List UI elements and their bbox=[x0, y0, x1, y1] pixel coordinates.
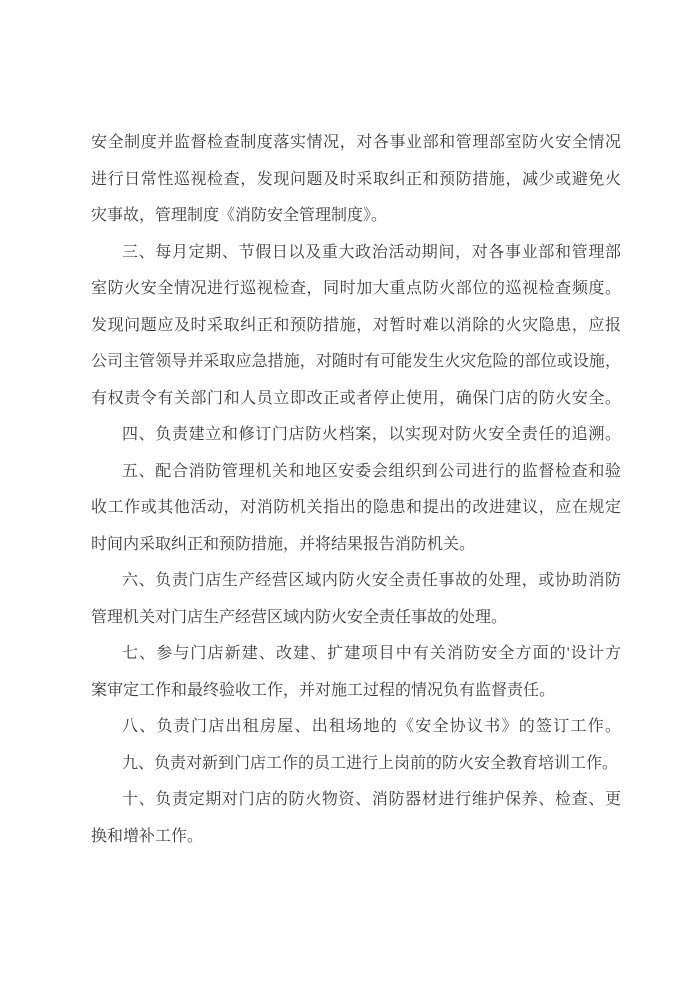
document-line: 九、负责对新到门店工作的员工进行上岗前的防火安全教育培训工作。 bbox=[91, 746, 621, 783]
document-line: 发现问题应及时采取纠正和预防措施，对暂时难以消除的火灾隐患，应报 bbox=[91, 308, 621, 345]
document-body: 安全制度并监督检查制度落实情况，对各事业部和管理部室防火安全情况 进行日常性巡视… bbox=[91, 125, 621, 855]
document-line: 三、每月定期、节假日以及重大政治活动期间，对各事业部和管理部 bbox=[91, 235, 621, 272]
document-line: 室防火安全情况进行巡视检查，同时加大重点防火部位的巡视检查频度。 bbox=[91, 271, 621, 308]
document-line: 进行日常性巡视检查，发现问题及时采取纠正和预防措施，减少或避免火 bbox=[91, 162, 621, 199]
document-line: 公司主管领导并采取应急措施，对随时有可能发生火灾危险的部位或设施， bbox=[91, 344, 621, 381]
document-line: 有权责令有关部门和人员立即改正或者停止使用，确保门店的防火安全。 bbox=[91, 381, 621, 418]
document-page: 安全制度并监督检查制度落实情况，对各事业部和管理部室防火安全情况 进行日常性巡视… bbox=[0, 0, 700, 990]
document-line: 换和增补工作。 bbox=[91, 819, 621, 856]
document-line: 收工作或其他活动，对消防机关指出的隐患和提出的改进建议，应在规定 bbox=[91, 490, 621, 527]
document-line: 灾事故，管理制度《消防安全管理制度》。 bbox=[91, 198, 621, 235]
document-line: 时间内采取纠正和预防措施，并将结果报告消防机关。 bbox=[91, 527, 621, 564]
document-line: 管理机关对门店生产经营区域内防火安全责任事故的处理。 bbox=[91, 600, 621, 637]
document-line: 安全制度并监督检查制度落实情况，对各事业部和管理部室防火安全情况 bbox=[91, 125, 621, 162]
document-line: 五、配合消防管理机关和地区安委会组织到公司进行的监督检查和验 bbox=[91, 454, 621, 491]
document-line: 七、参与门店新建、改建、扩建项目中有关消防安全方面的'设计方 bbox=[91, 636, 621, 673]
document-line: 十、负责定期对门店的防火物资、消防器材进行维护保养、检查、更 bbox=[91, 782, 621, 819]
document-line: 案审定工作和最终验收工作，并对施工过程的情况负有监督责任。 bbox=[91, 673, 621, 710]
document-line: 六、负责门店生产经营区域内防火安全责任事故的处理，或协助消防 bbox=[91, 563, 621, 600]
document-line: 八、负责门店出租房屋、出租场地的《安全协议书》的签订工作。 bbox=[91, 709, 621, 746]
document-line: 四、负责建立和修订门店防火档案，以实现对防火安全责任的追溯。 bbox=[91, 417, 621, 454]
